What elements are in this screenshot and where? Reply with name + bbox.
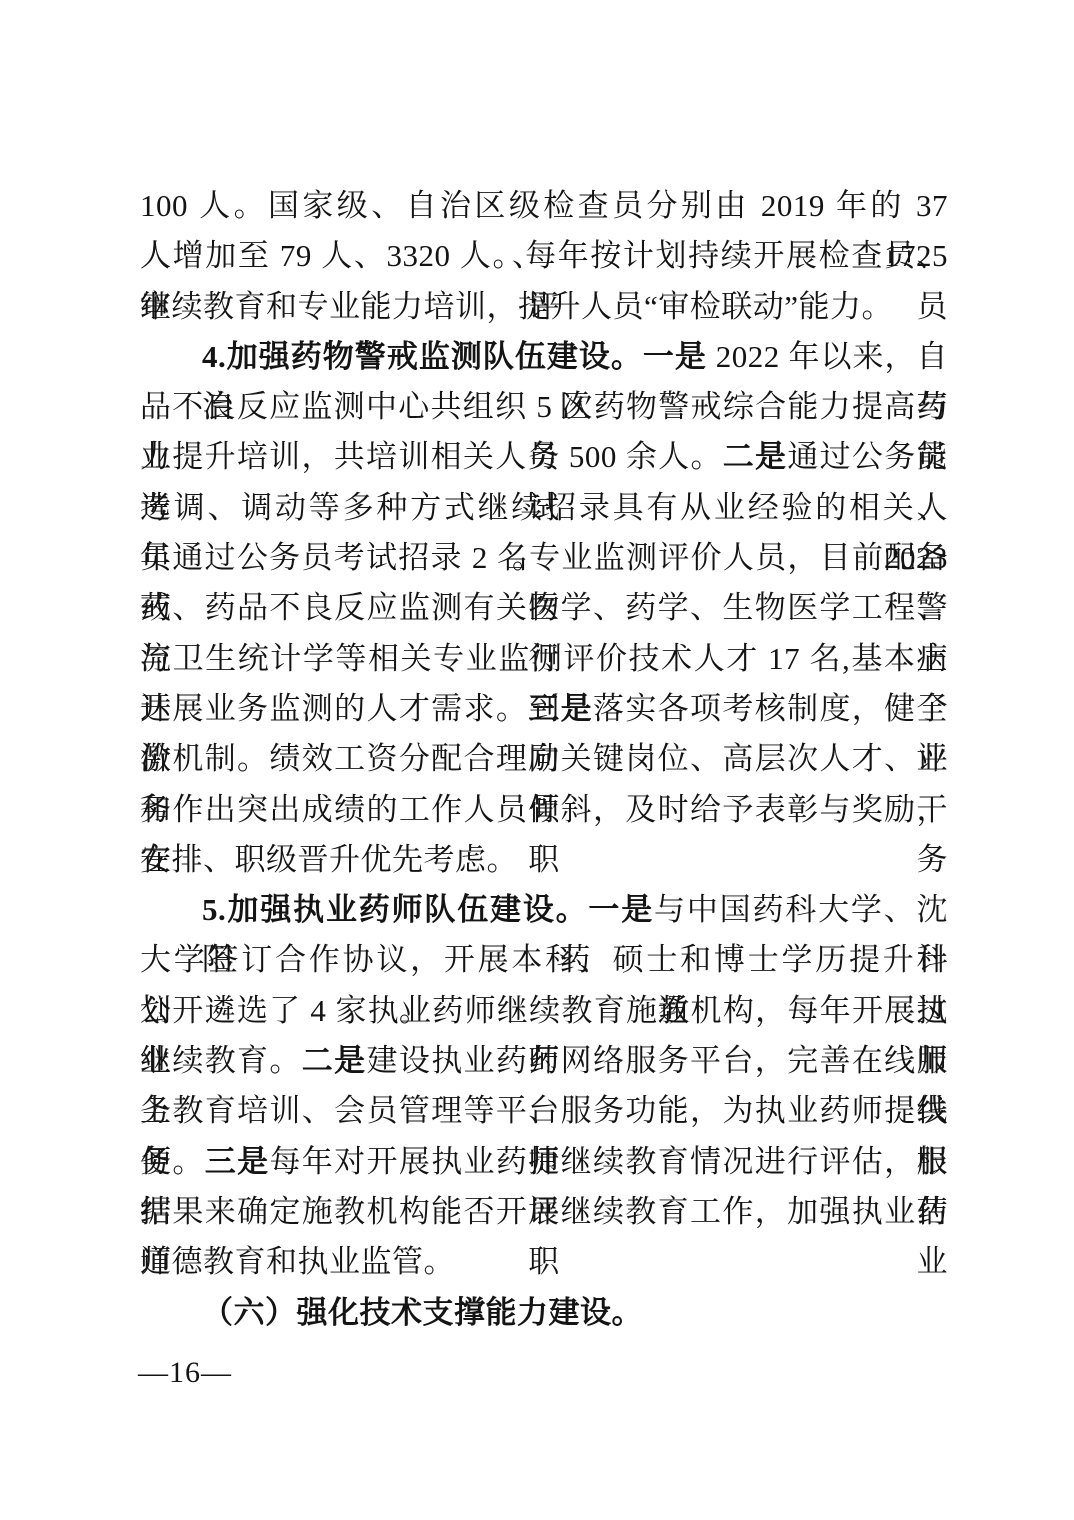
text-line: 务。三是每年对开展执业药师继续教育情况进行评估，根据评估 (140, 1137, 948, 1187)
text-line: 力提升培训，共培训相关人员 500 余人。二是通过公务员考试、 (140, 432, 948, 482)
bold-text: 二是 (302, 1043, 367, 1078)
bold-text: 三是 (528, 691, 593, 726)
text-line: 继续教育。二是建设执业药师网络服务平台，完善在线服务、线 (140, 1036, 948, 1086)
text-line: 继续教育和专业能力培训，提升人员“审检联动”能力。 (140, 282, 948, 332)
bold-text: 三是 (205, 1144, 270, 1179)
bold-text: 二是 (723, 439, 788, 474)
text-line: 品不良反应监测中心共组织 5 次药物警戒综合能力提高与业务能 (140, 382, 948, 432)
paragraph: （六）强化技术支撑能力建设。 (140, 1288, 948, 1338)
body-text: 开展业务监测的人才需求。 (140, 691, 528, 726)
body-text: 道德教育和执业监管。 (140, 1244, 455, 1279)
text-line: 选调、调动等多种方式继续招录具有从业经验的相关人员。2023 (140, 483, 948, 533)
text-line: 公开遴选了 4 家执业药师继续教育施教机构，每年开展执业药师 (140, 986, 948, 1036)
body-text: 务。 (140, 1144, 205, 1179)
text-line: 上教育培训、会员管理等平台服务功能，为执业药师提供便捷服 (140, 1086, 948, 1136)
text-line: 和作出突出成绩的工作人员倾斜，及时给予表彰与奖励，在职务 (140, 785, 948, 835)
paragraph: 100 人。国家级、自治区级检查员分别由 2019 年的 37 人、1725人增… (140, 181, 948, 332)
body-text: 力提升培训，共培训相关人员 500 余人。 (140, 439, 723, 474)
bold-text: 5.加强执业药师队伍建设。一是 (202, 892, 654, 927)
body-text: 安排、职级晋升优先考虑。 (140, 842, 518, 877)
page-number: —16— (138, 1356, 232, 1390)
text-line: 5.加强执业药师队伍建设。一是与中国药科大学、沈阳药科 (140, 885, 948, 935)
text-line: 结果来确定施教机构能否开展继续教育工作，加强执业药师职业 (140, 1187, 948, 1237)
text-line: 4.加强药物警戒监测队伍建设。一是 2022 年以来，自治区药 (140, 332, 948, 382)
text-line: 人增加至 79 人、3320 人。每年按计划持续开展检查员、审评员 (140, 231, 948, 281)
text-line: 戒、药品不良反应监测有关医学、药学、生物医学工程、流行病 (140, 583, 948, 633)
bold-text: 4.加强药物警戒监测队伍建设。一是 (202, 339, 707, 374)
body-text: 继续教育。 (140, 1043, 302, 1078)
text-line: 与卫生统计学等相关专业监测评价技术人才 17 名,基本上达到了 (140, 634, 948, 684)
body-text: 继续教育和专业能力培训，提升人员“审检联动”能力。 (140, 289, 893, 324)
document-body: 100 人。国家级、自治区级检查员分别由 2019 年的 37 人、1725人增… (140, 181, 948, 1338)
text-line: 年通过公务员考试招录 2 名专业监测评价人员，目前配备药物警 (140, 533, 948, 583)
text-line: 开展业务监测的人才需求。三是落实各项考核制度，健全激励评 (140, 684, 948, 734)
paragraph: 4.加强药物警戒监测队伍建设。一是 2022 年以来，自治区药品不良反应监测中心… (140, 332, 948, 885)
text-line: 价机制。绩效工资分配合理向关键岗位、高层次人才、业务骨干 (140, 734, 948, 784)
text-line: （六）强化技术支撑能力建设。 (140, 1288, 948, 1338)
bold-text: （六）强化技术支撑能力建设。 (202, 1295, 643, 1330)
text-line: 100 人。国家级、自治区级检查员分别由 2019 年的 37 人、1725 (140, 181, 948, 231)
text-line: 大学签订合作协议，开展本科、硕士和博士学历提升计划。通过 (140, 935, 948, 985)
paragraph: 5.加强执业药师队伍建设。一是与中国药科大学、沈阳药科大学签订合作协议，开展本科… (140, 885, 948, 1287)
document-page: 100 人。国家级、自治区级检查员分别由 2019 年的 37 人、1725人增… (0, 0, 1074, 1520)
